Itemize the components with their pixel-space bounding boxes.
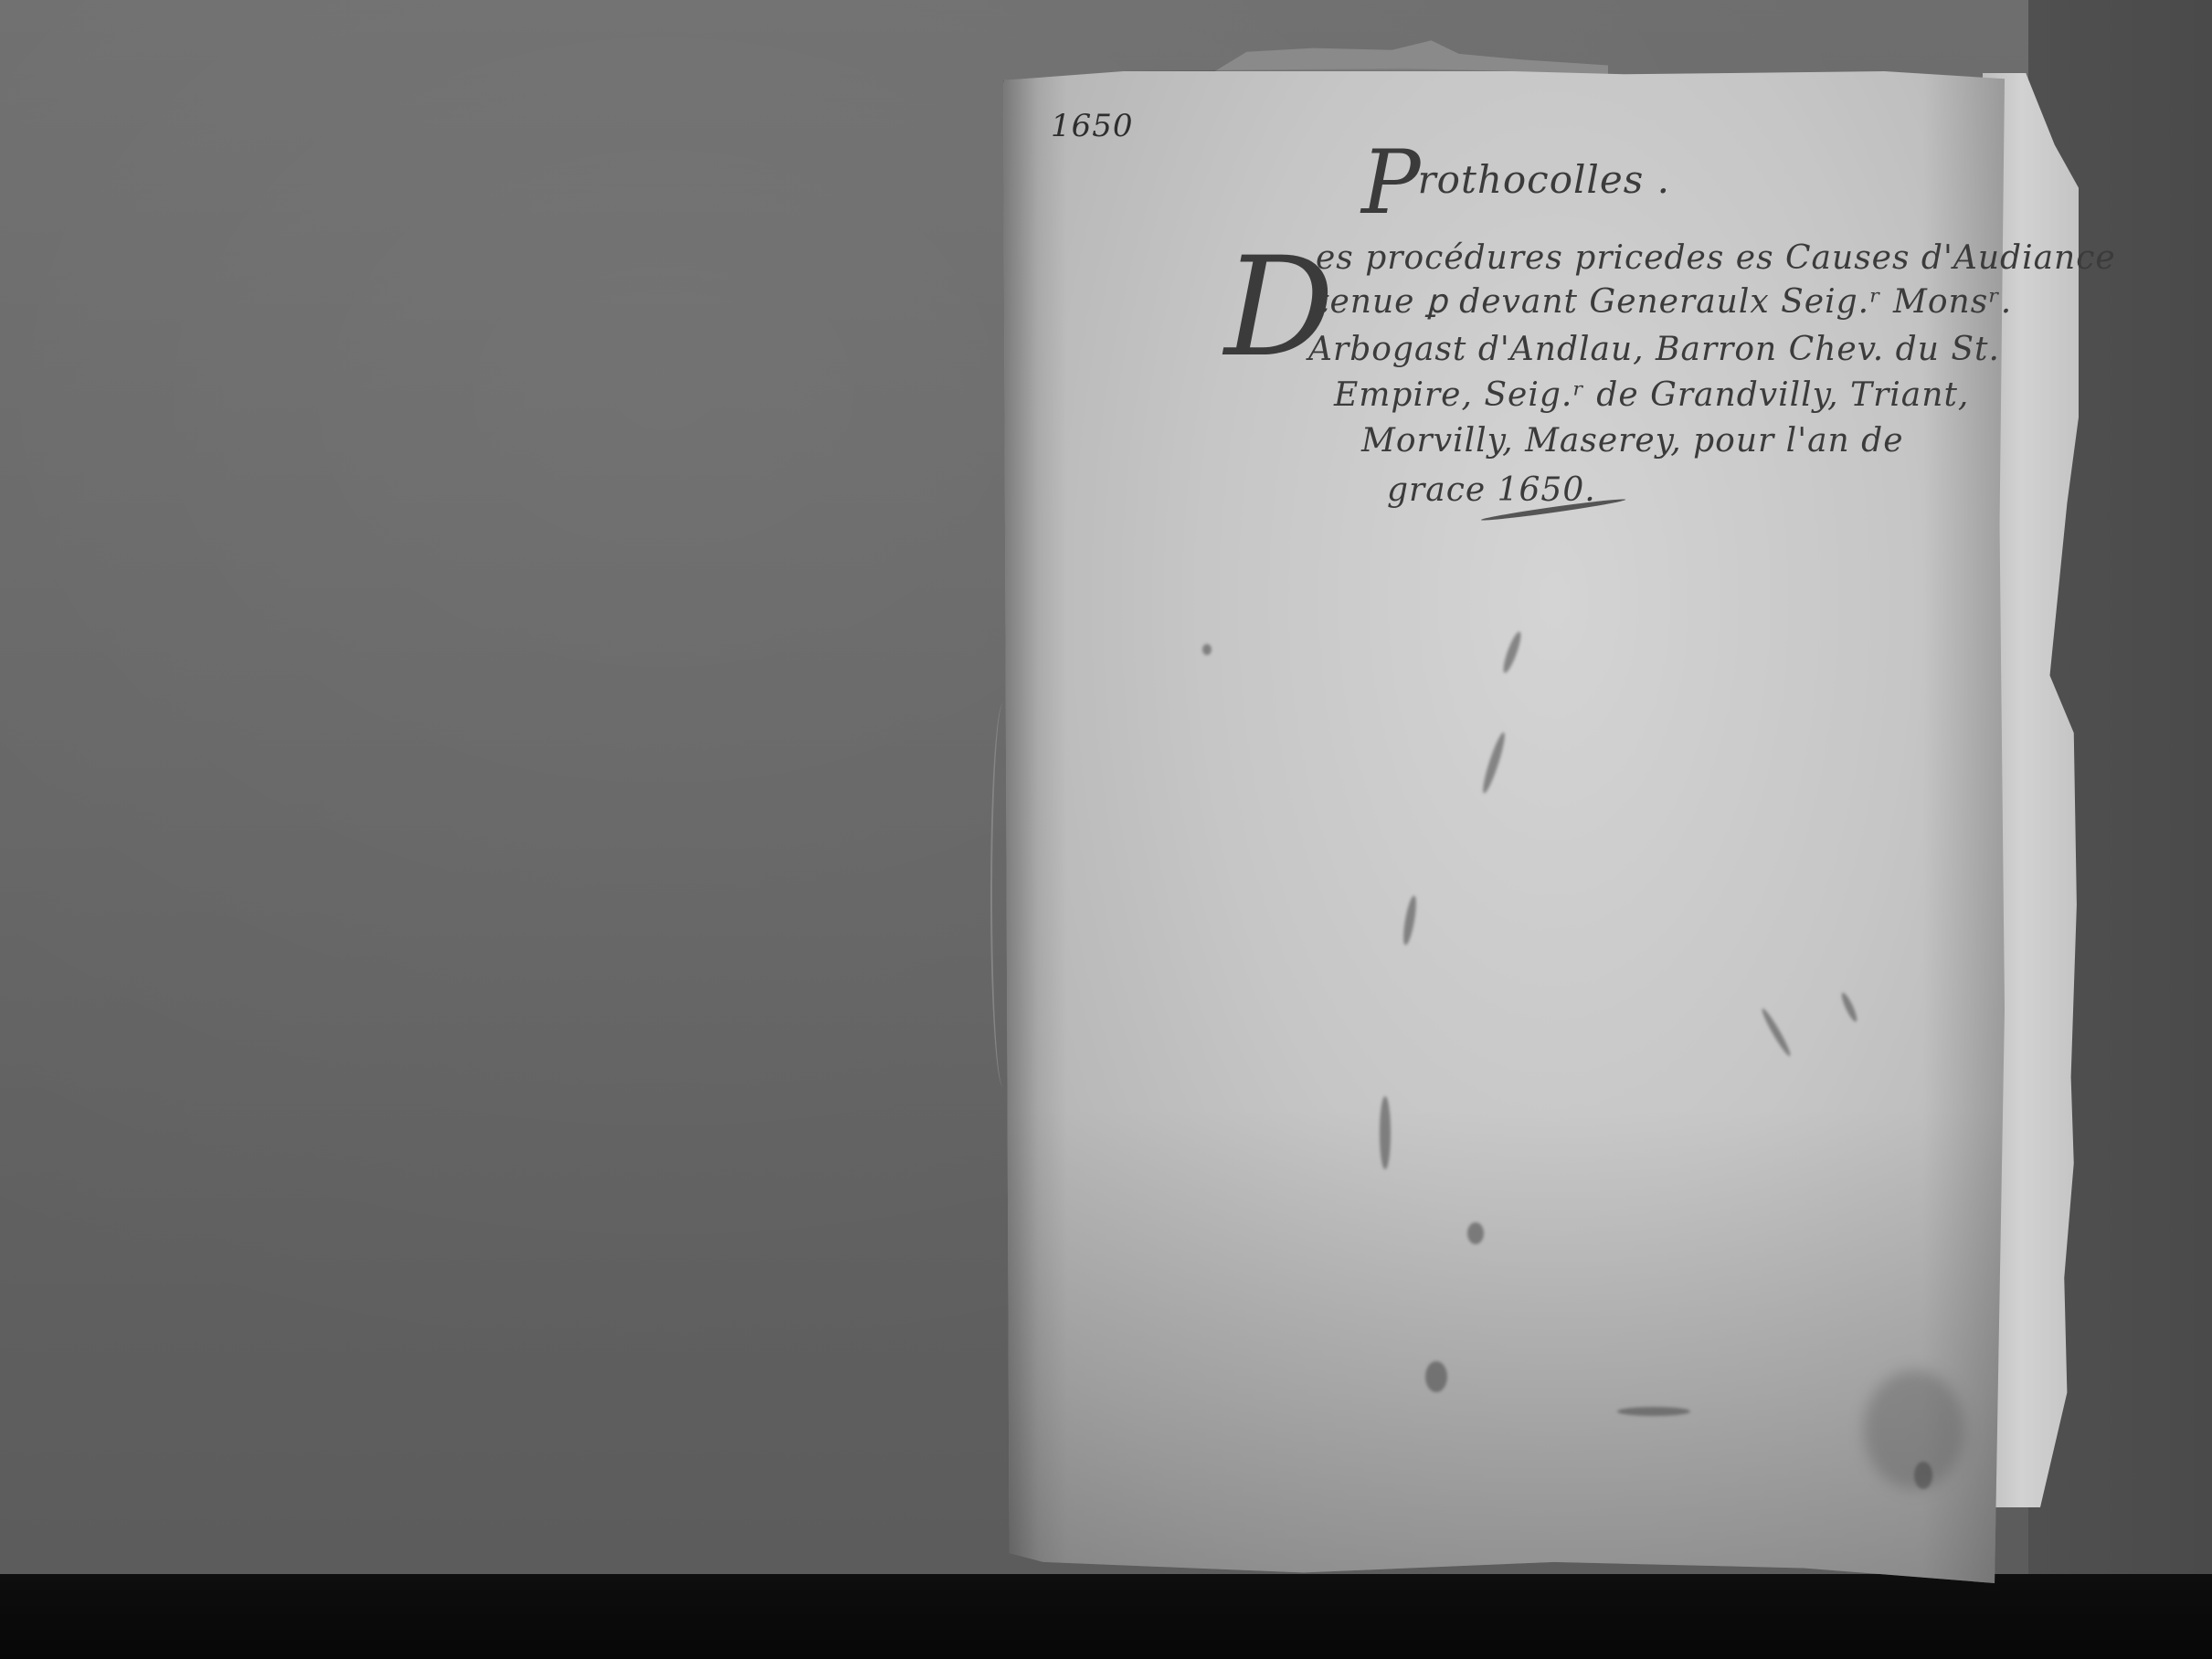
ink-stain: [1425, 1361, 1447, 1392]
ink-stain: [1617, 1407, 1690, 1416]
body-line-6: grace 1650.: [1387, 471, 1596, 509]
margin-year: 1650: [1051, 108, 1134, 144]
ink-stain: [1380, 1096, 1391, 1169]
bottom-discoloration: [1003, 1108, 2005, 1583]
ink-stain: [1467, 1222, 1484, 1244]
body-line-3: Arbogast d'Andlau, Barron Chev. du St.: [1308, 331, 2000, 368]
title-text: rothocolles .: [1418, 157, 1670, 202]
body-line-1: es procédures pricedes es Causes d'Audia…: [1316, 239, 2116, 277]
body-line-2: tenue ꝑ devant Generaulx Seig.ʳ Monsʳ.: [1316, 283, 2012, 321]
document-title: Prothocolles .: [1361, 111, 1670, 214]
body-line-4: Empire, Seig.ʳ de Grandvilly, Triant,: [1334, 376, 1969, 414]
title-initial: P: [1361, 132, 1422, 234]
dark-floor-band: [0, 1574, 2212, 1659]
body-line-5: Morvilly, Maserey, pour l'an de: [1361, 422, 1904, 460]
ink-stain: [1202, 644, 1212, 655]
ink-stain: [1914, 1462, 1932, 1489]
